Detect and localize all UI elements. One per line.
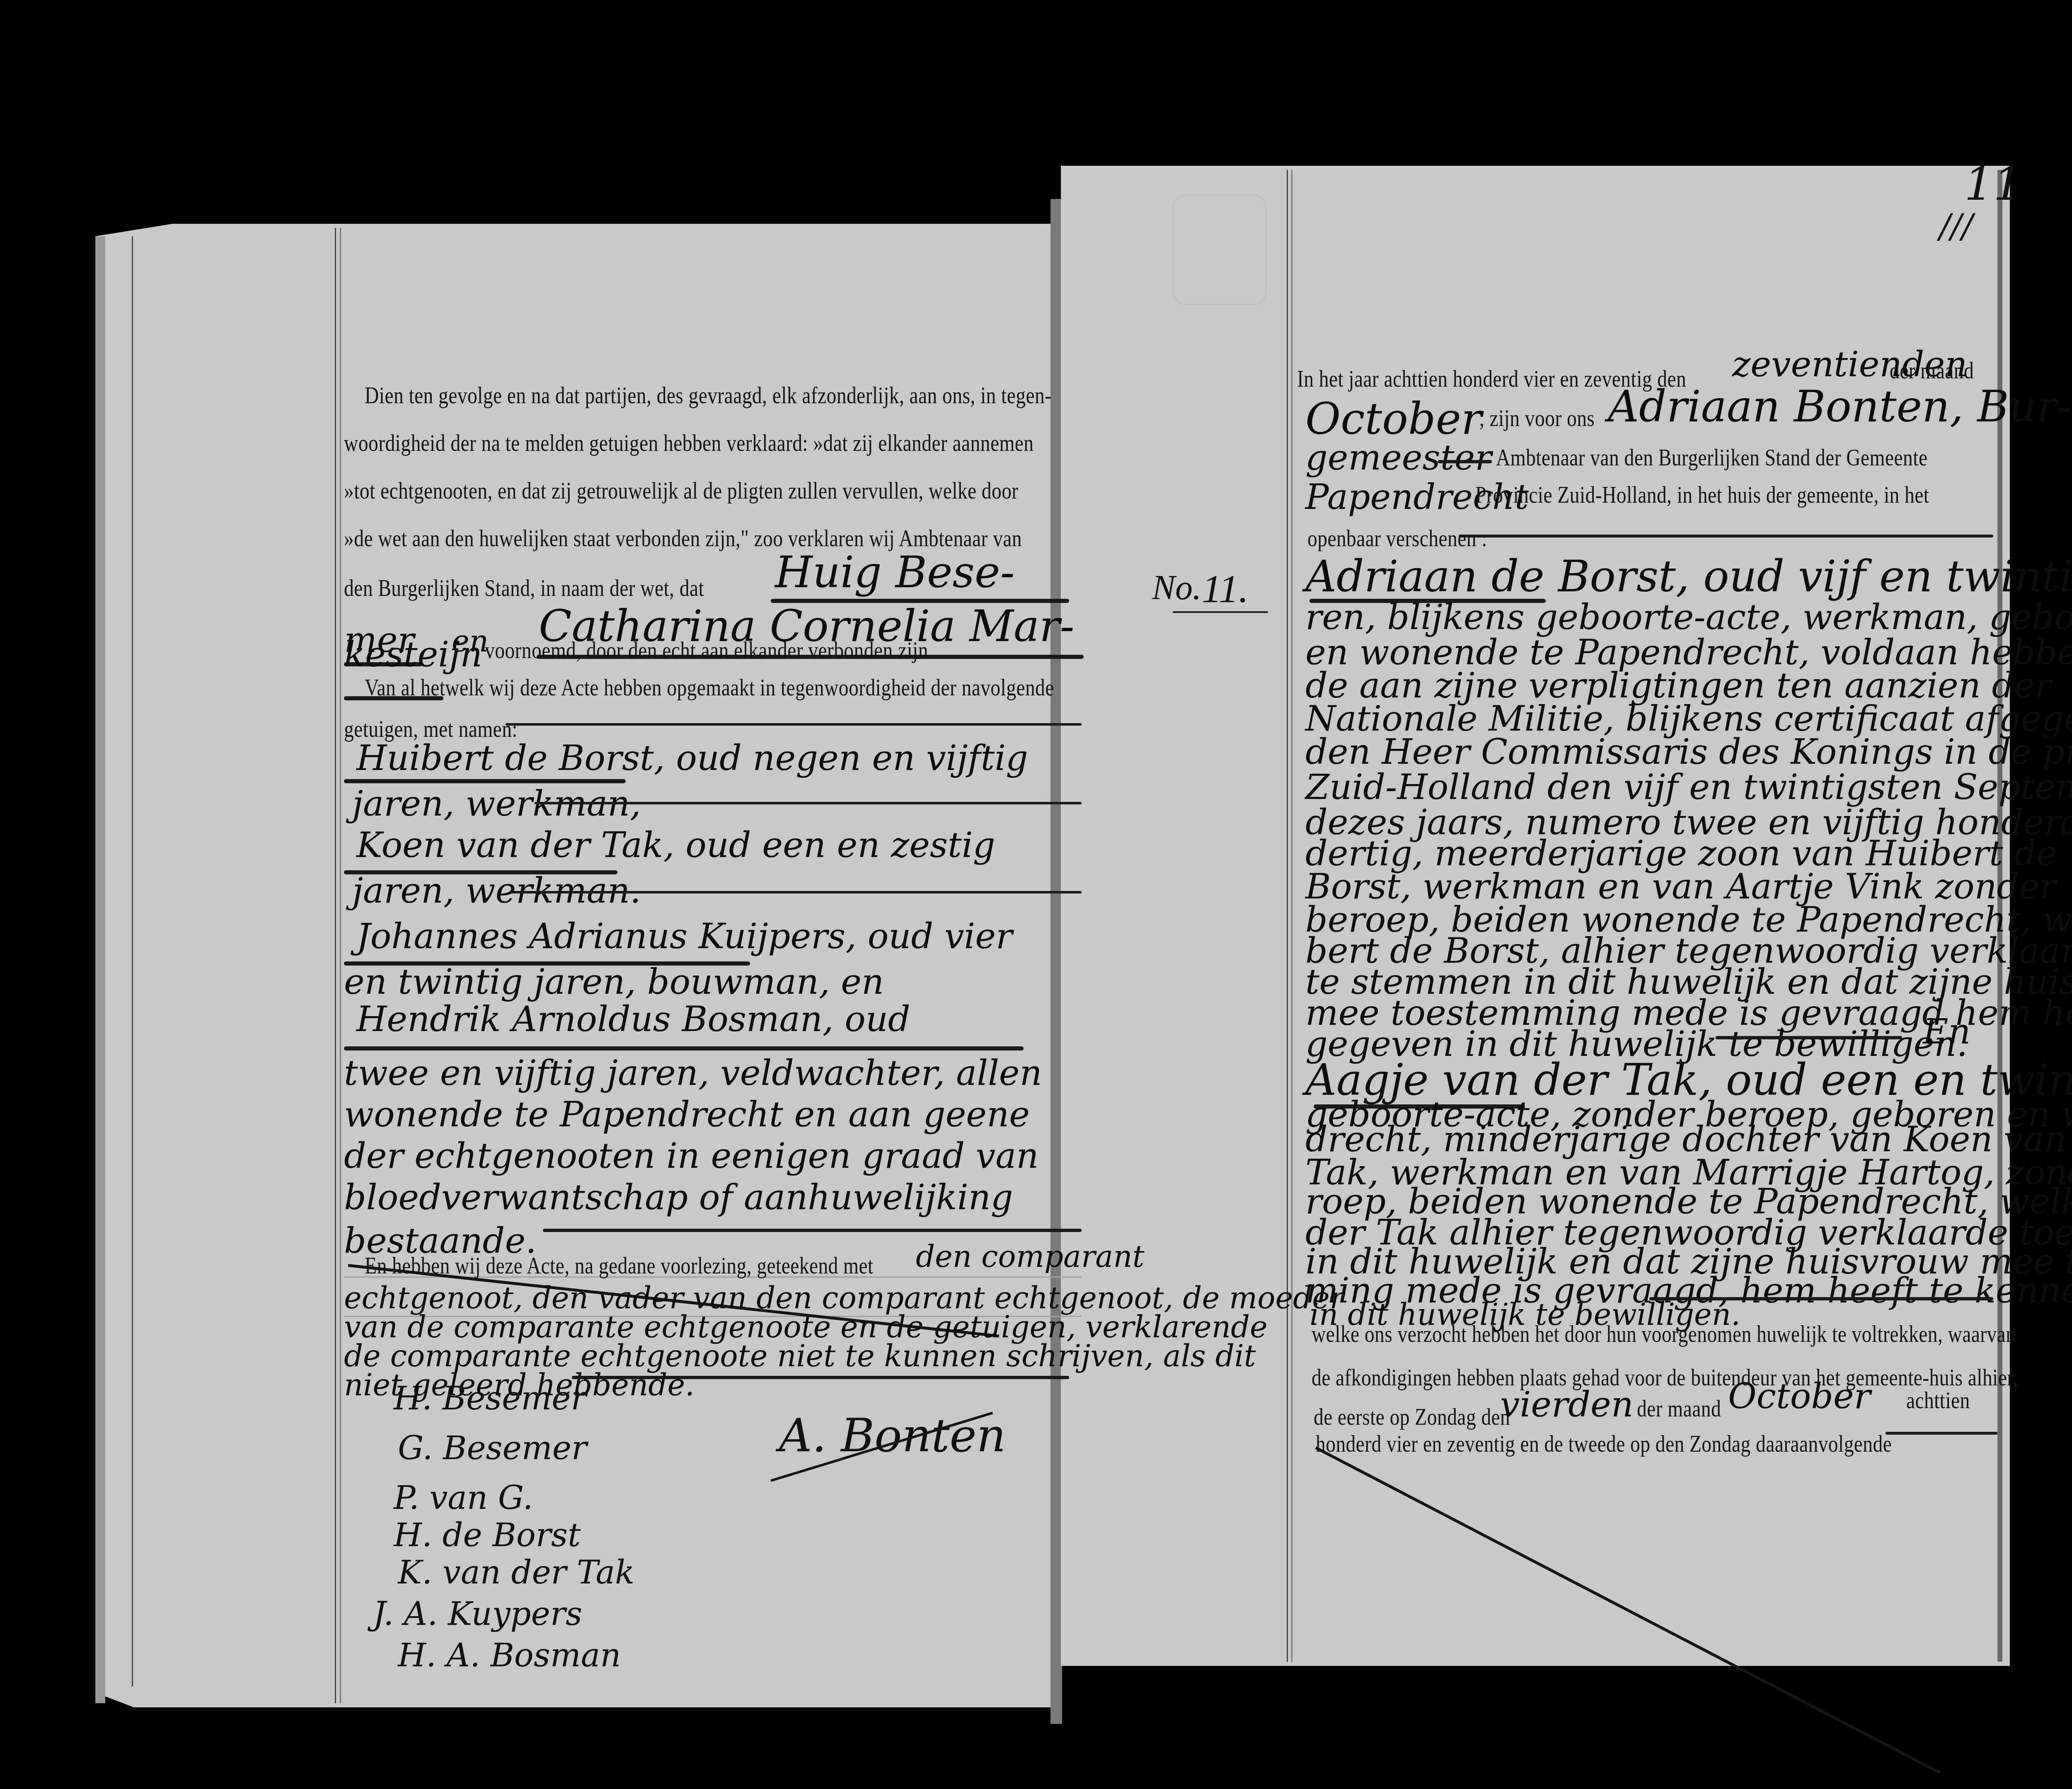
page-number-mark: ///: [1939, 207, 1973, 246]
act-number-underline: [1173, 611, 1268, 613]
witness-line-5: Johannes Adrianus Kuijpers, oud vier: [356, 916, 1012, 956]
right-line3-hand: gemeester: [1305, 437, 1491, 478]
book-gutter: [1051, 199, 1062, 1724]
left-page-margin-line: [335, 228, 336, 1703]
right-line3-printed: Ambtenaar van den Burgerlijken Stand der…: [1496, 443, 1927, 471]
signature-2: G. Besemer: [398, 1430, 587, 1467]
bride-name-part2: kesteijn: [344, 634, 482, 675]
witness-end-line: [543, 1229, 1082, 1232]
right-line5-fill: [1459, 535, 1993, 537]
left-printed-line-1: Dien ten gevolge en na dat partijen, des…: [365, 381, 1051, 409]
banns-final-fill: [1886, 1432, 1997, 1435]
groom-entry-line: Adriaan de Borst, oud vijf en twintig ja…: [1305, 551, 2072, 602]
father-consent-end-line: [1716, 1036, 1902, 1039]
official-signature: A. Bonten: [779, 1409, 1006, 1462]
banns-line-c: achttien: [1906, 1386, 1970, 1414]
witness-line-9: wonende te Papendrecht en aan geene: [344, 1094, 1030, 1135]
left-page-edge: [95, 236, 105, 1703]
banns-day: vierden: [1500, 1384, 1634, 1425]
right-page-margin-line: [1287, 170, 1288, 1662]
embossed-stamp: [1173, 195, 1266, 305]
witness-line-6: en twintig jaren, bouwman, en: [344, 961, 884, 1002]
signature-5: K. van der Tak: [398, 1554, 634, 1591]
right-line2-month: October: [1305, 394, 1482, 444]
signature-1: H. Besemer: [394, 1380, 586, 1417]
signature-6: J. A. Kuypers: [373, 1595, 582, 1633]
signature-4: H. de Borst: [394, 1517, 581, 1554]
mother-consent-end-line: [1649, 1297, 1993, 1300]
left-printed-line-5: den Burgerlijken Stand, in naam der wet,…: [344, 574, 704, 602]
right-hand-line-6: den Heer Commissaris des Konings in de p…: [1305, 731, 2072, 772]
page-number: 11: [1964, 157, 2022, 211]
and-mark: En: [1923, 1011, 1970, 1052]
witness-line-4-fill: [510, 891, 1082, 893]
right-line5-printed: openbaar verschenen :: [1307, 524, 1487, 552]
banns-line-a: de eerste op Zondag den: [1314, 1403, 1510, 1431]
witness-line-1: Huibert de Borst, oud negen en vijftig: [356, 738, 1028, 778]
witness-line-7: Hendrik Arnoldus Bosman, oud: [356, 999, 910, 1039]
witness-line-2-fill: [535, 802, 1082, 804]
closing-hand-1: den comparant: [916, 1239, 1145, 1274]
right-line2-printed: , zijn voor ons: [1479, 404, 1595, 432]
right-page-margin-line-2: [1291, 170, 1293, 1662]
witness-label-line: [506, 723, 1082, 726]
left-page-outer-rule: [132, 236, 133, 1687]
left-page-margin-line-2: [340, 228, 341, 1703]
left-printed-after-names: voornoemd, door den echt aan elkander ve…: [485, 636, 933, 664]
witness-line-4: jaren, werkman.: [352, 870, 641, 911]
right-hand-line-2: ren, blijkens geboorte-acte, werkman, ge…: [1305, 597, 2072, 637]
witness-line-10: der echtgenooten in eenigen graad van: [344, 1135, 1038, 1176]
right-closing-line-1: welke ons verzocht hebben het door hun v…: [1312, 1320, 2016, 1348]
groom-name-part1: Huig Bese-: [775, 547, 1015, 598]
banns-line-b: der maand: [1637, 1394, 1721, 1422]
right-line1-b: der maand: [1890, 356, 1974, 384]
witness-line-11: bloedverwantschap of aanhuwelijking: [344, 1177, 1013, 1218]
act-number-label: No.: [1152, 568, 1201, 608]
right-line3-fill: [1438, 460, 1492, 463]
left-printed-line-2: woordigheid der na te melden getuigen he…: [344, 429, 1034, 457]
right-line4-printed: Provincie Zuid-Holland, in het huis der …: [1475, 481, 1929, 508]
banns-final-line: honderd vier en zeventig en de tweede op…: [1316, 1430, 1892, 1457]
right-hand-line-7: Zuid-Holland den vijf en twintigsten Sep…: [1305, 767, 2072, 807]
witness-7-underline: [344, 1046, 1024, 1051]
witness-1-underline: [344, 779, 626, 783]
left-printed-line-3: »tot echtgenooten, en dat zij getrouweli…: [344, 477, 1019, 504]
closing-end-line: [572, 1376, 1069, 1379]
signature-7: H. A. Bosman: [398, 1637, 621, 1674]
banns-month: October: [1728, 1376, 1871, 1416]
signature-3: P. van G.: [394, 1479, 533, 1517]
left-printed-witness-intro: Van al hetwelk wij deze Acte hebben opge…: [365, 673, 1054, 701]
witness-line-8: twee en vijftig jaren, veldwachter, alle…: [344, 1053, 1042, 1093]
left-closing-printed: En hebben wij deze Acte, na gedane voorl…: [365, 1252, 874, 1279]
right-line2-official: Adriaan Bonten, Bur-: [1608, 381, 2072, 432]
act-number: 11.: [1202, 566, 1249, 612]
witness-line-3: Koen van der Tak, oud een en zestig: [356, 825, 995, 865]
